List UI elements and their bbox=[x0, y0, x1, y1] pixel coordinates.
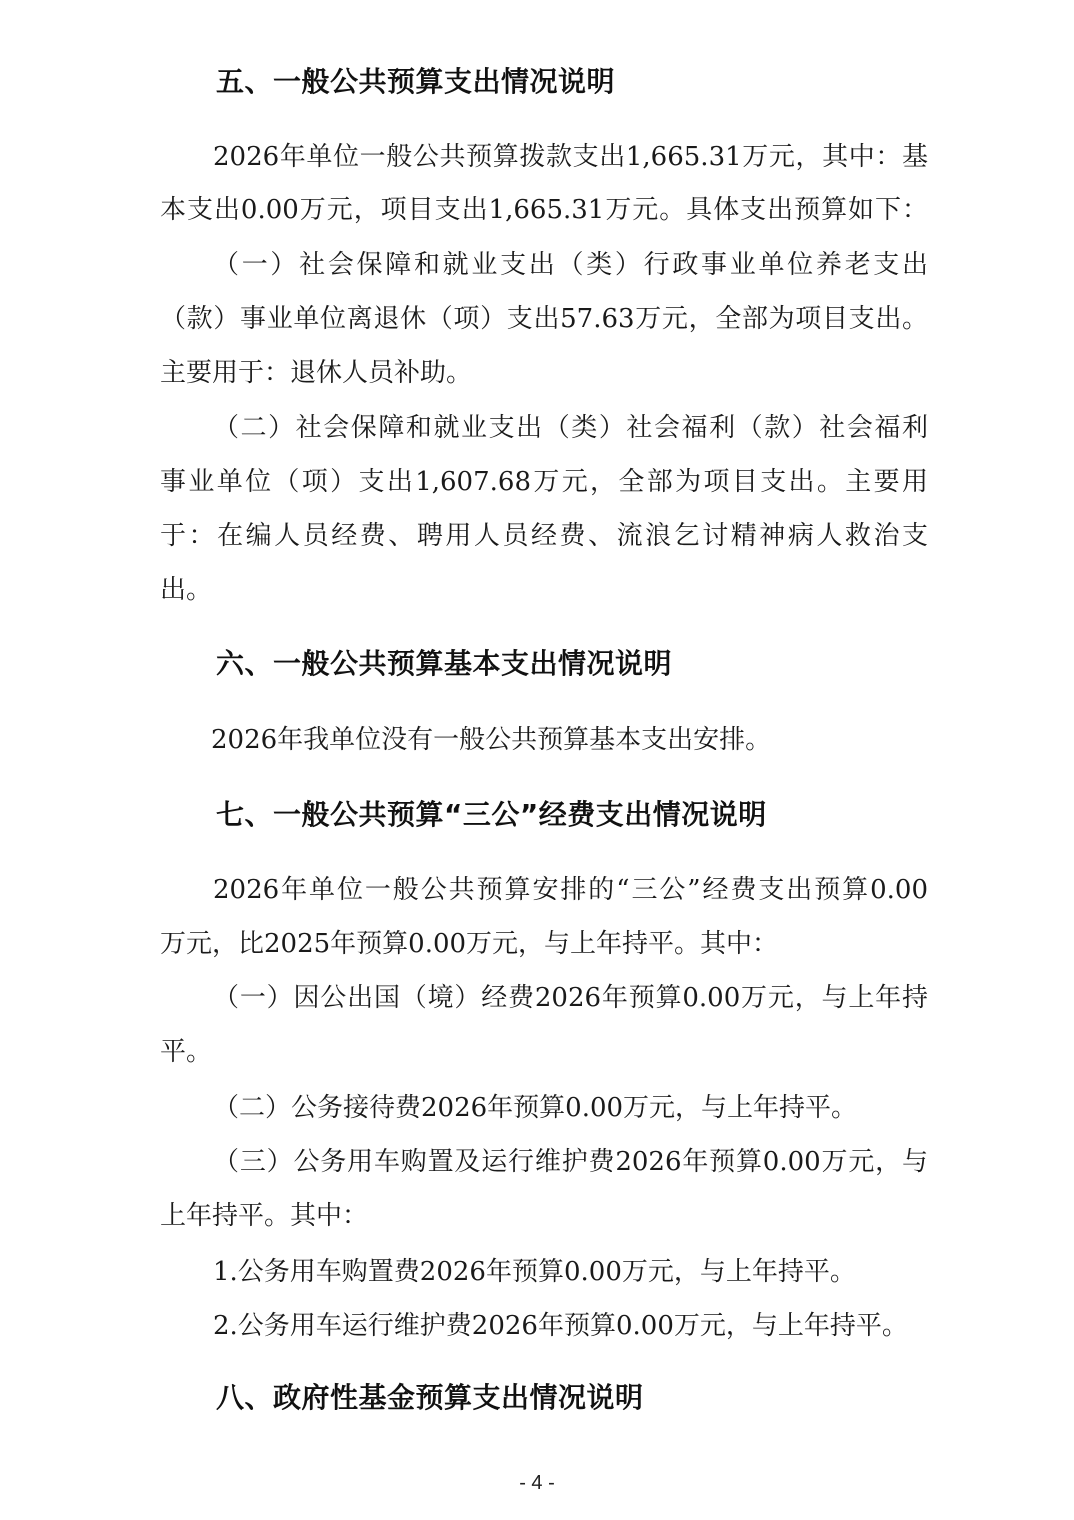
paragraph-line: （二）公务接待费2026年预算0.00万元，与上年持平。 bbox=[213, 1088, 928, 1128]
page-number: - 4 - bbox=[0, 1472, 1074, 1495]
paragraph-line: 出。 bbox=[160, 570, 928, 610]
paragraph-line: 本支出0.00万元，项目支出1,665.31万元。具体支出预算如下： bbox=[160, 190, 928, 230]
paragraph-line: 2026年单位一般公共预算拨款支出1,665.31万元，其中：基 bbox=[213, 137, 928, 177]
paragraph-line: （二）社会保障和就业支出（类）社会福利（款）社会福利 bbox=[213, 408, 928, 448]
section-heading-5: 五、一般公共预算支出情况说明 bbox=[216, 62, 984, 102]
paragraph-line: 平。 bbox=[160, 1032, 928, 1072]
paragraph-line: 于：在编人员经费、聘用人员经费、流浪乞讨精神病人救治支 bbox=[160, 516, 928, 556]
paragraph-line: （一）社会保障和就业支出（类）行政事业单位养老支出 bbox=[213, 245, 928, 285]
paragraph-line: （款）事业单位离退休（项）支出57.63万元，全部为项目支出。 bbox=[160, 299, 928, 339]
section-heading-6: 六、一般公共预算基本支出情况说明 bbox=[216, 644, 984, 684]
paragraph-line: 事业单位（项）支出1,607.68万元，全部为项目支出。主要用 bbox=[160, 462, 928, 502]
list-item: 1.公务用车购置费2026年预算0.00万元，与上年持平。 bbox=[213, 1252, 928, 1292]
paragraph-line: （一）因公出国（境）经费2026年预算0.00万元，与上年持 bbox=[213, 978, 928, 1018]
paragraph-line: （三）公务用车购置及运行维护费2026年预算0.00万元，与 bbox=[213, 1142, 928, 1182]
paragraph-line: 万元，比2025年预算0.00万元，与上年持平。其中： bbox=[160, 924, 928, 964]
section-heading-7: 七、一般公共预算“三公”经费支出情况说明 bbox=[216, 795, 984, 835]
paragraph-line: 2026年单位一般公共预算安排的“三公”经费支出预算0.00 bbox=[213, 870, 928, 910]
paragraph-line: 2026年我单位没有一般公共预算基本支出安排。 bbox=[211, 720, 911, 760]
section-heading-8: 八、政府性基金预算支出情况说明 bbox=[216, 1378, 984, 1418]
list-item: 2.公务用车运行维护费2026年预算0.00万元，与上年持平。 bbox=[213, 1306, 928, 1346]
paragraph-line: 主要用于：退休人员补助。 bbox=[160, 353, 928, 393]
paragraph-line: 上年持平。其中： bbox=[160, 1196, 928, 1236]
